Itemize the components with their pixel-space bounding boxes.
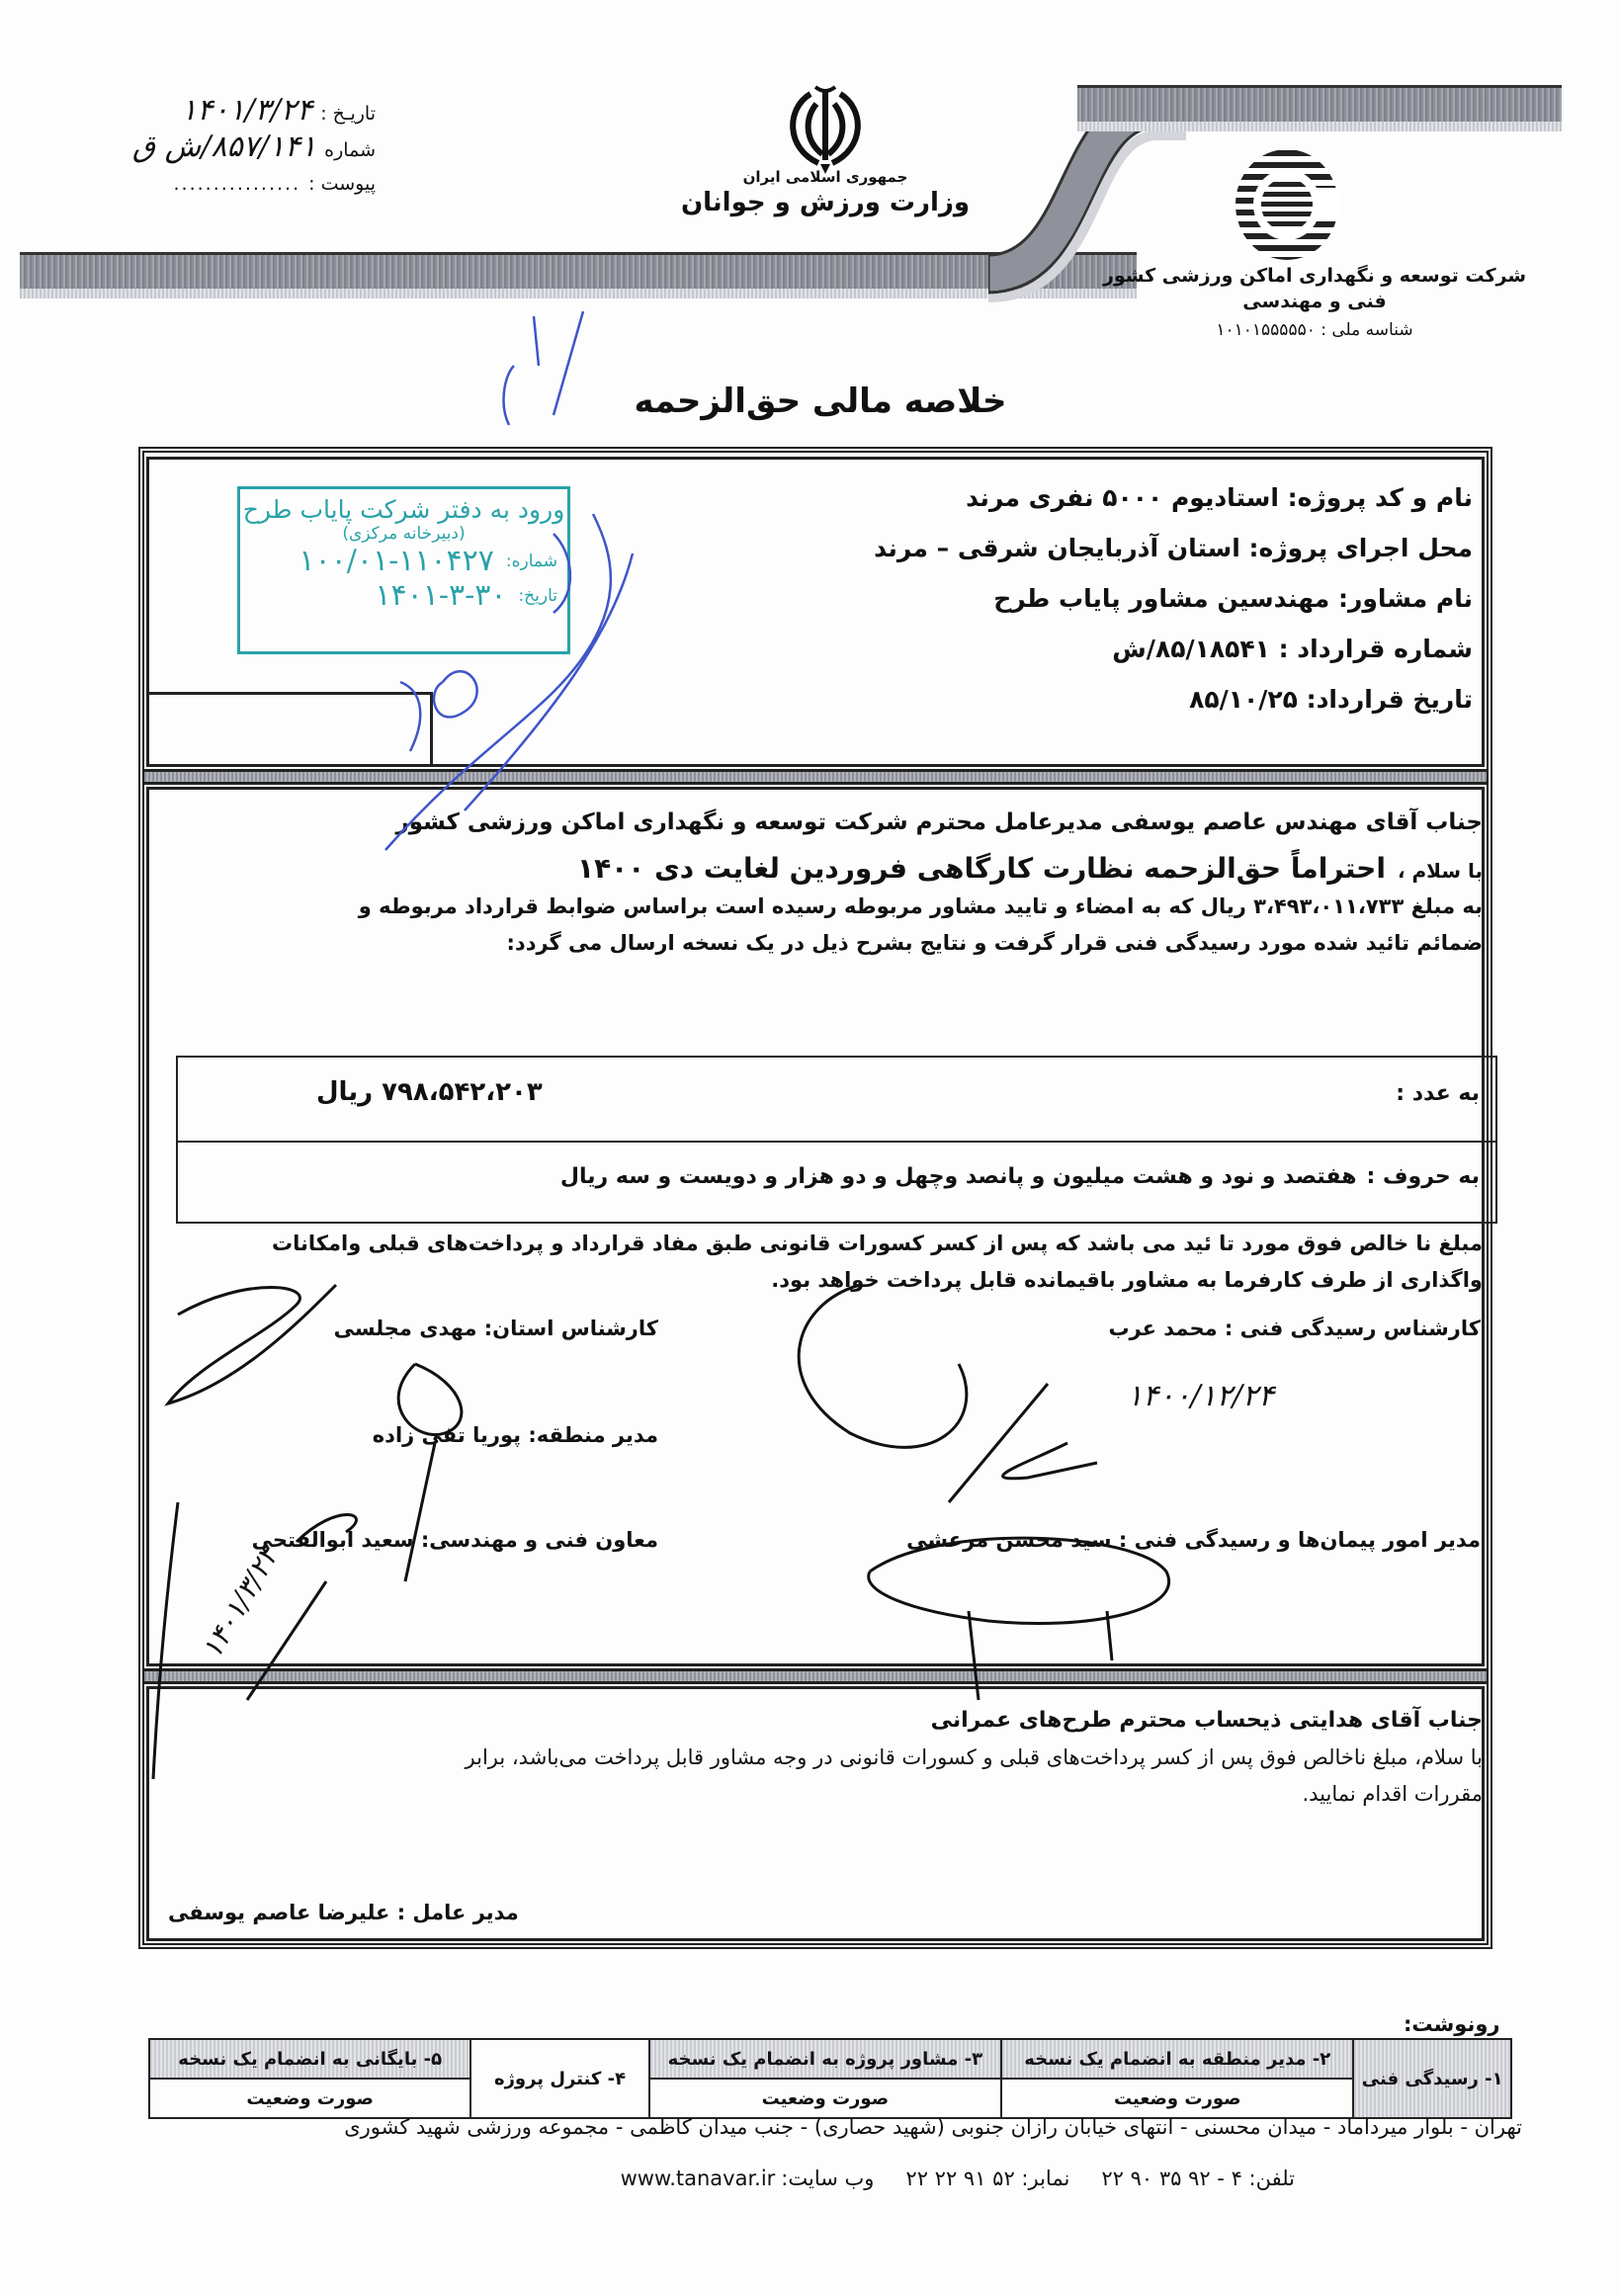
accountant-addressee: جناب آقای هدایتی ذیحساب محترم طرح‌های عم… (168, 1702, 1483, 1740)
company-logo-icon (1236, 148, 1339, 262)
header-band-left (20, 252, 1137, 292)
project-name: نام و کد پروژه: استادیوم ۵۰۰۰ نفری مرند (692, 472, 1473, 523)
national-id: شناسه ملی : ۱۰۱۰۱۵۵۵۵۵۰ (1087, 320, 1542, 340)
section-separator (144, 769, 1487, 785)
contract-number: شماره قرارداد : ۸۵/۱۸۵۴۱/ش (692, 624, 1473, 674)
accountant-line-1: با سلام، مبلغ ناخالص فوق پس از کسر پرداخ… (168, 1740, 1483, 1776)
date-label: تاریـخ : (320, 97, 376, 130)
cc-item-1: ۱- رسیدگی فنی (1353, 2039, 1511, 2118)
cc-item-4: ۴- کنترل پروژه (470, 2039, 648, 2118)
company-department: فنی و مهندسی (1087, 291, 1542, 312)
cc-title: رونوشت: (1404, 2012, 1499, 2036)
section-separator-2 (144, 1668, 1487, 1684)
header-band-left-shadow (20, 289, 1137, 298)
amount-divider (178, 1141, 1495, 1143)
project-info-corner-box (146, 692, 433, 767)
attachment-row: پیوست : ................ (119, 167, 376, 201)
cc-item-2: ۲- مدیر منطقه به انضمام یک نسخه (1001, 2039, 1353, 2079)
letter-line-2: ضمائم تائید شده مورد رسیدگی فنی قرار گرف… (168, 925, 1483, 962)
date-row: تاریـخ : ۱۴۰۱/۳/۲۴ (119, 94, 376, 130)
cc-item-3: ۳- مشاور پروژه به انضمام یک نسخه (649, 2039, 1001, 2079)
header-band-right (1077, 85, 1562, 125)
letter-subject-row: با سلام ، احتراماً حق‌الزحمه نظارت کارگا… (168, 852, 1483, 885)
letter-meta: تاریـخ : ۱۴۰۱/۳/۲۴ شماره ۸۵۷/۱۴۱/ش ق پیو… (119, 94, 376, 201)
letter-line-1: به مبلغ ۳،۴۹۳،۰۱۱،۷۳۳ ریال که به امضاء و… (168, 889, 1483, 925)
footer-contact: تلفن: ۴ - ۹۲ ۳۵ ۹۰ ۲۲ نمابر: ۵۲ ۹۱ ۲۲ ۲۲… (484, 2167, 1295, 2190)
amount-words-value: هفتصد و نود و هشت میلیون و پانصد وچهل و … (560, 1164, 1357, 1189)
footer-phone: تلفن: ۴ - ۹۲ ۳۵ ۹۰ ۲۲ (1101, 2167, 1295, 2190)
accountant-letter: جناب آقای هدایتی ذیحساب محترم طرح‌های عم… (168, 1702, 1483, 1813)
letter-body: جناب آقای مهندس عاصم یوسفی مدیرعامل محتر… (168, 803, 1483, 962)
technical-reviewer-signature: کارشناس رسیدگی فنی : محمد عرب (1108, 1317, 1481, 1340)
regional-manager-signature: مدیر منطقه: پوریا تقی زاده (373, 1423, 658, 1447)
provincial-expert-signature: کارشناس استان: مهدی مجلسی (334, 1317, 658, 1340)
document-title: خلاصه مالی حق‌الزحمه (593, 382, 1048, 421)
note-line-2: واگذاری از طرف کارفرما به مشاور باقیماند… (168, 1262, 1483, 1299)
footer-website-link[interactable]: www.tanavar.ir (621, 2167, 776, 2190)
amount-words-row: به حروف : هفتصد و نود و هشت میلیون و پان… (560, 1164, 1480, 1189)
consultant-name: نام مشاور: مهندسین مشاور پایاب طرح (692, 573, 1473, 624)
accountant-line-2: مقررات اقدام نمایید. (168, 1776, 1483, 1813)
contract-date: تاریخ قرارداد: ۸۵/۱۰/۲۵ (692, 674, 1473, 724)
number-row: شماره ۸۵۷/۱۴۱/ش ق (119, 130, 376, 167)
cc-item-3-sub: صورت وضعیت (649, 2079, 1001, 2118)
stamp-subtitle: (دبیرخانه مرکزی) (240, 524, 567, 544)
cc-header-row: ۱- رسیدگی فنی ۲- مدیر منطقه به انضمام یک… (149, 2039, 1511, 2079)
amount-numeric-label: به عدد : (1396, 1081, 1480, 1106)
footer-website-label: وب سایت: (781, 2167, 874, 2190)
amount-words-label: به حروف : (1367, 1164, 1481, 1189)
cc-item-5-sub: صورت وضعیت (149, 2079, 470, 2118)
footer-fax: نمابر: ۵۲ ۹۱ ۲۲ ۲۲ (905, 2167, 1069, 2190)
date-value: ۱۴۰۱/۳/۲۴ (181, 94, 312, 128)
project-location: محل اجرای پروژه: استان آذربایجان شرقی – … (692, 523, 1473, 573)
stamp-date-value: ۱۴۰۱-۳-۳۰ (375, 578, 506, 613)
footer-website-group: وب سایت: www.tanavar.ir (621, 2167, 875, 2190)
cc-table: ۱- رسیدگی فنی ۲- مدیر منطقه به انضمام یک… (148, 2038, 1512, 2119)
receipt-stamp: ورود به دفتر شرکت پایاب طرح (دبیرخانه مر… (237, 486, 570, 654)
stamp-number-label: شماره: (506, 552, 557, 571)
letter-greeting: با سلام ، (1398, 859, 1483, 883)
stamp-number-row: شماره: ۱۰۰/۰۱-۱۱۰۴۲۷ (240, 544, 567, 578)
amount-box: به عدد : ۷۹۸،۵۴۲،۲۰۳ ریال به حروف : هفتص… (176, 1056, 1497, 1224)
attachment-label: پیوست : (308, 167, 376, 201)
stamp-date-row: تاریخ: ۱۴۰۱-۳-۳۰ (240, 578, 567, 613)
ceo-signature: مدیر عامل : علیرضا عاصم یوسفی (168, 1901, 519, 1924)
note-line-1: مبلغ نا خالص فوق مورد تا ئید می باشد که … (168, 1226, 1483, 1262)
letter-addressee: جناب آقای مهندس عاصم یوسفی مدیرعامل محتر… (168, 803, 1483, 842)
stamp-number-value: ۱۰۰/۰۱-۱۱۰۴۲۷ (298, 544, 494, 578)
company-name: شرکت توسعه و نگهداری اماکن ورزشی کشور (1087, 265, 1542, 287)
cc-item-2-sub: صورت وضعیت (1001, 2079, 1353, 2118)
stamp-title: ورود به دفتر شرکت پایاب طرح (240, 495, 567, 524)
amount-numeric-value: ۷۹۸،۵۴۲،۲۰۳ ریال (316, 1077, 543, 1107)
ministry-header: جمهوری اسلامی ایران وزارت ورزش و جوانان (642, 168, 1008, 217)
header-band-right-shadow (1077, 122, 1562, 131)
number-label: شماره (324, 133, 376, 167)
stamp-date-label: تاریخ: (518, 586, 557, 606)
footer-address: تهران - بلوار میرداماد - میدان محسنی - ا… (178, 2115, 1522, 2139)
iran-emblem-icon (781, 79, 870, 178)
approval-note: مبلغ نا خالص فوق مورد تا ئید می باشد که … (168, 1226, 1483, 1299)
technical-deputy-signature: معاون فنی و مهندسی: سعید ابوالفتحی (252, 1528, 658, 1552)
handwritten-date-1: ۱۴۰۰/۱۲/۲۴ (1127, 1379, 1274, 1413)
cc-sub-row: صورت وضعیت صورت وضعیت صورت وضعیت (149, 2079, 1511, 2118)
contracts-manager-signature: مدیر امور پیمان‌ها و رسیدگی فنی : سید مح… (906, 1528, 1481, 1552)
letter-subject: احتراماً حق‌الزحمه نظارت کارگاهی فروردین… (577, 852, 1386, 885)
cc-item-5: ۵- بایگانی به انضمام یک نسخه (149, 2039, 470, 2079)
company-header: شرکت توسعه و نگهداری اماکن ورزشی کشور فن… (1087, 265, 1542, 340)
republic-line: جمهوری اسلامی ایران (642, 168, 1008, 186)
project-info: نام و کد پروژه: استادیوم ۵۰۰۰ نفری مرند … (692, 472, 1473, 724)
number-value: ۸۵۷/۱۴۱/ش ق (132, 130, 316, 164)
attachment-value: ................ (174, 167, 301, 201)
ministry-line: وزارت ورزش و جوانان (642, 188, 1008, 217)
